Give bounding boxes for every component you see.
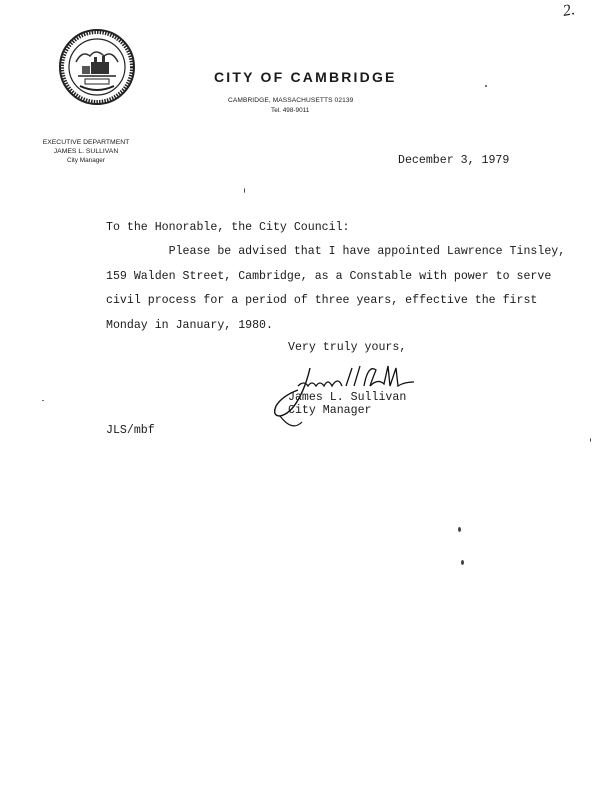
scan-speck xyxy=(590,438,591,442)
closing: Very truly yours, xyxy=(288,341,406,354)
official-name: JAMES L. SULLIVAN xyxy=(20,147,152,156)
page-number-mark: 2. xyxy=(562,1,577,21)
body-line: Monday in January, 1980. xyxy=(106,314,565,339)
signer-title: City Manager xyxy=(288,404,406,417)
department-block: EXECUTIVE DEPARTMENT JAMES L. SULLIVAN C… xyxy=(20,138,152,165)
official-title: City Manager xyxy=(20,156,152,165)
signature-block: James L. Sullivan City Manager xyxy=(288,391,406,417)
body-line: civil process for a period of three year… xyxy=(106,289,565,314)
letterhead-title: CITY OF CAMBRIDGE xyxy=(214,69,397,85)
city-seal-icon xyxy=(58,28,136,106)
letterhead-telephone: Tel. 498-9011 xyxy=(271,107,309,114)
scan-speck xyxy=(461,560,464,565)
salutation: To the Honorable, the City Council: xyxy=(106,221,350,234)
scan-speck xyxy=(244,188,245,193)
department-name: EXECUTIVE DEPARTMENT xyxy=(20,138,152,147)
signer-name: James L. Sullivan xyxy=(288,391,406,404)
scan-speck xyxy=(485,85,487,87)
letterhead-address: CAMBRIDGE, MASSACHUSETTS 02139 xyxy=(228,97,353,104)
letter-date: December 3, 1979 xyxy=(398,154,509,167)
letter-body: Please be advised that I have appointed … xyxy=(106,240,565,339)
body-line: 159 Walden Street, Cambridge, as a Const… xyxy=(106,265,565,290)
body-line: Please be advised that I have appointed … xyxy=(106,240,565,265)
scan-speck xyxy=(42,400,44,401)
reference-initials: JLS/mbf xyxy=(106,424,155,437)
scan-speck xyxy=(458,527,461,532)
